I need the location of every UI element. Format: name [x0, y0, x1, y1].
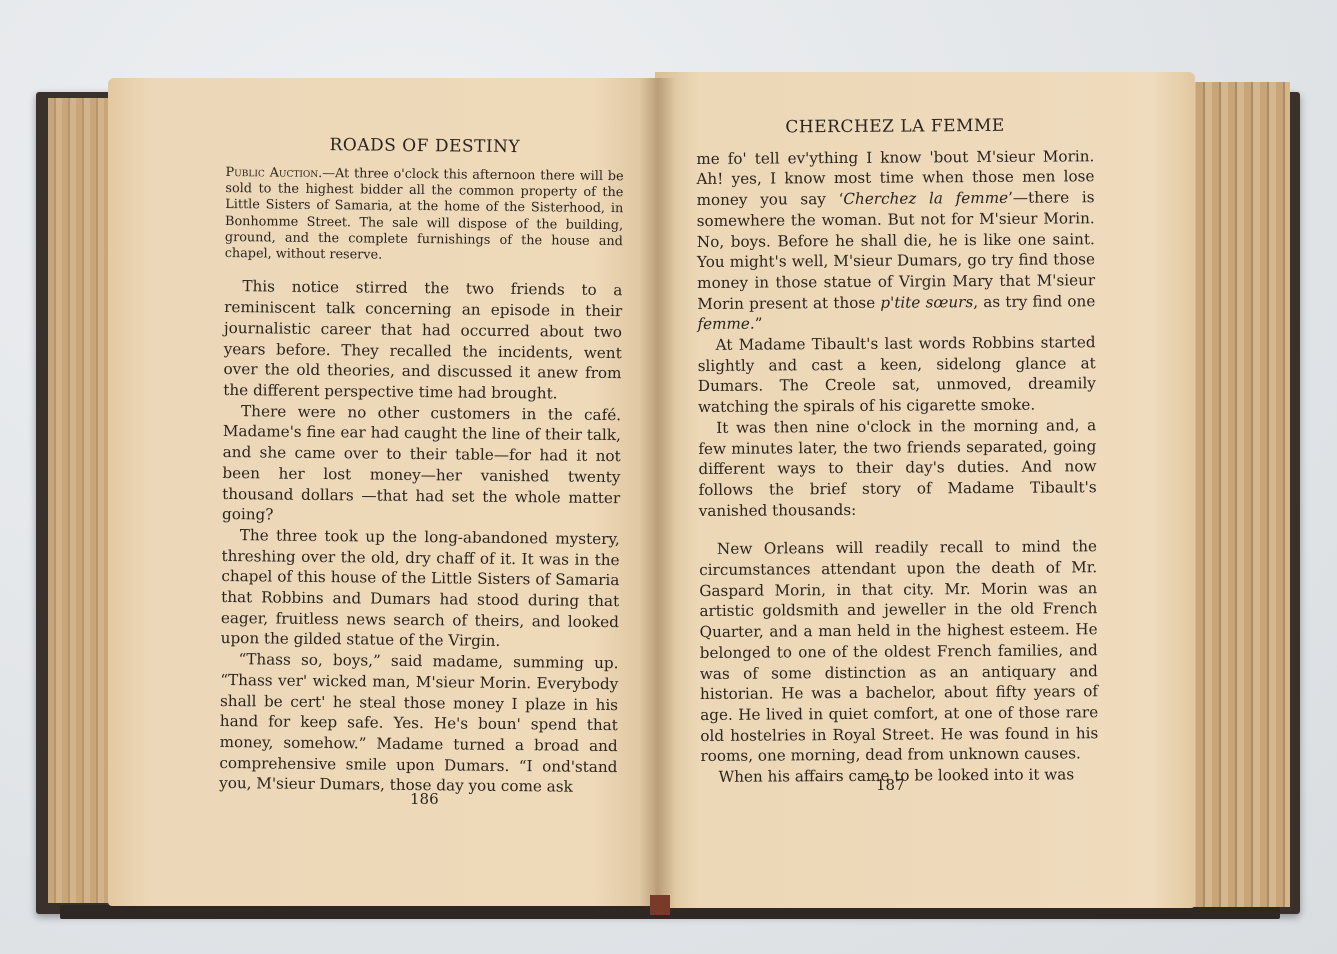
paragraph: There were no other customers in the caf…	[222, 401, 621, 529]
notice-label: Public Auction.	[226, 165, 323, 181]
text-run: ”	[755, 315, 763, 333]
page-number-right: 187	[876, 776, 905, 794]
paragraph: The three took up the long-abandoned mys…	[221, 525, 620, 653]
public-auction-notice: Public Auction.—At three o'clock this af…	[225, 165, 624, 267]
paragraph: “Thass so, boys,” said madame, summing u…	[219, 649, 618, 798]
paragraph: It was then nine o'clock in the morning …	[698, 415, 1097, 521]
italic-run: p'tite sœurs	[880, 293, 973, 312]
left-page-text: ROADS OF DESTINY Public Auction.—At thre…	[219, 134, 624, 798]
right-page-edges	[1180, 82, 1290, 907]
page-number-left: 186	[410, 790, 439, 808]
running-head-left: ROADS OF DESTINY	[226, 134, 624, 159]
continued-paragraph: me fo' tell ev'ything I know 'bout M'sie…	[696, 146, 1095, 335]
italic-run: femme.	[697, 315, 754, 333]
right-page-text: CHERCHEZ LA FEMME me fo' tell ev'ything …	[696, 115, 1099, 788]
text-run: , as try find one	[973, 292, 1095, 311]
spine-headband	[650, 895, 670, 915]
paragraph: At Madame Tibault's last words Robbins s…	[698, 332, 1097, 418]
paragraph: This notice stirred the two friends to a…	[223, 276, 622, 404]
running-head-right: CHERCHEZ LA FEMME	[696, 115, 1094, 138]
book-gutter	[640, 78, 676, 908]
paragraph: New Orleans will readily recall to mind …	[699, 537, 1099, 768]
italic-run: Cherchez la femme	[843, 189, 1008, 208]
